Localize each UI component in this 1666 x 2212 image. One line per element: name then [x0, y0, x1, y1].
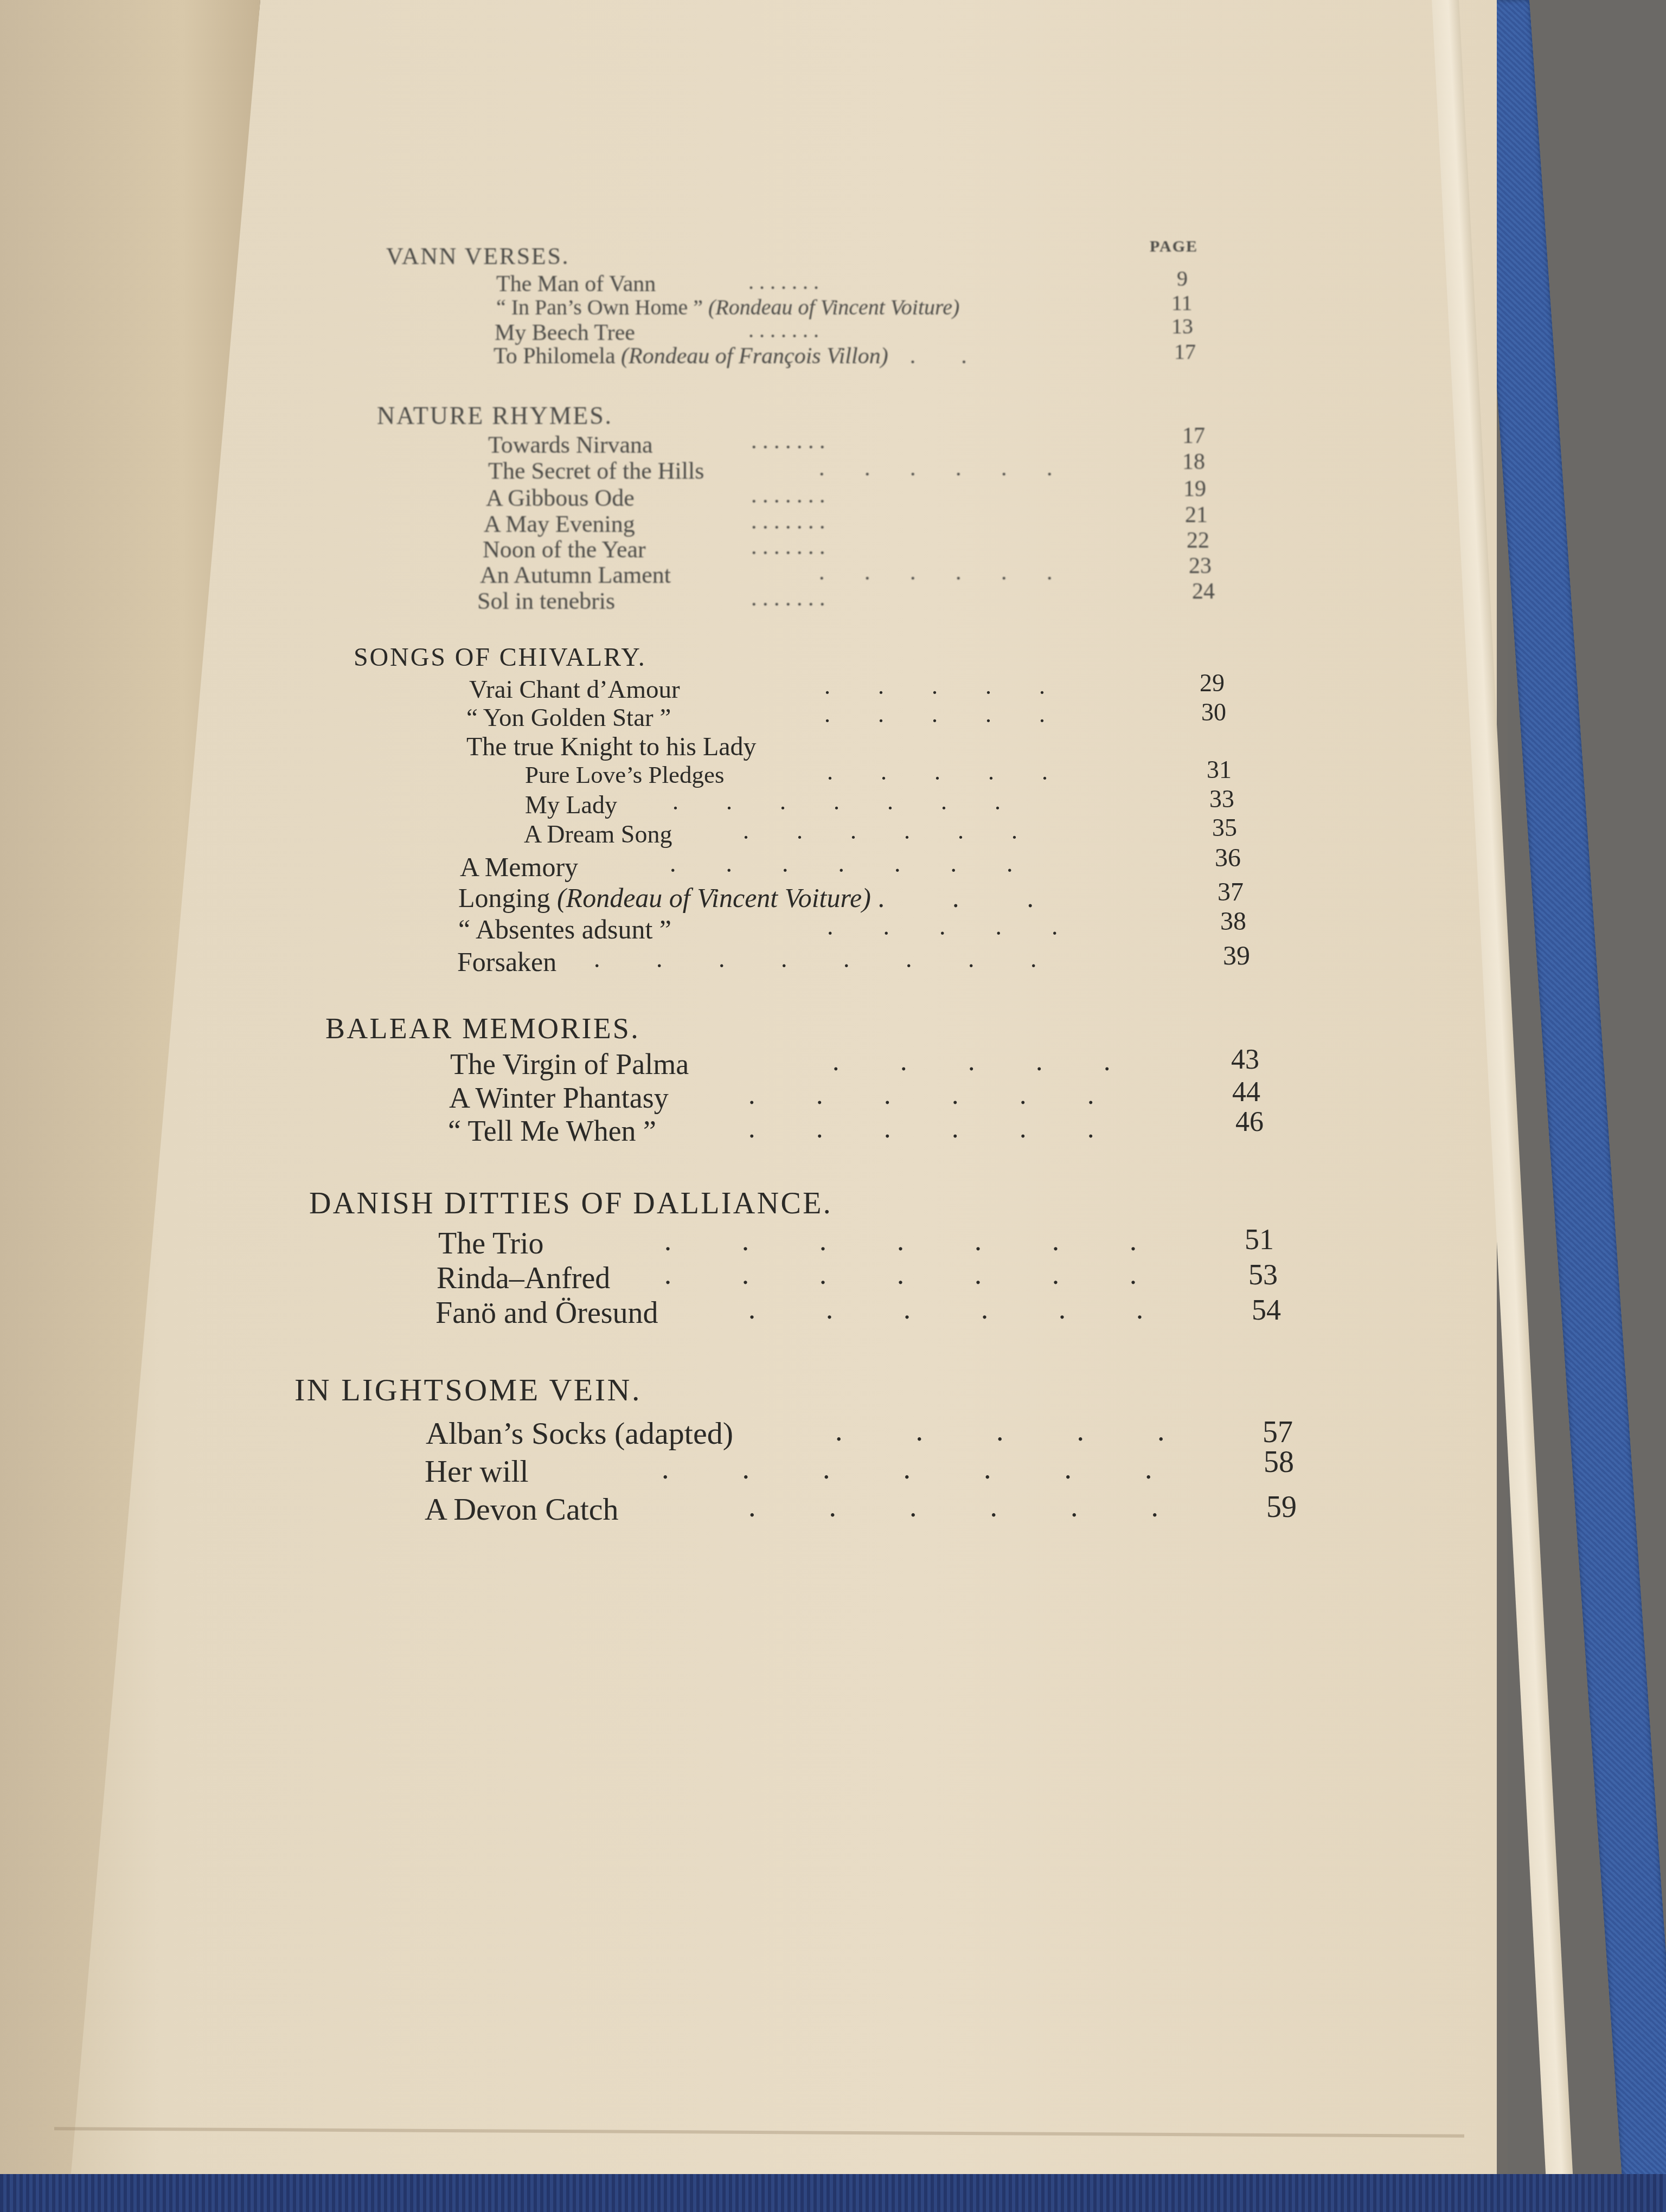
- table-of-contents: PAGE VANN VERSES. The Man of Vann . . . …: [0, 0, 1666, 2212]
- page-number: 17: [1182, 423, 1205, 449]
- dot-leader: . . . . . .: [748, 1490, 1158, 1523]
- page-number: 17: [1174, 339, 1196, 364]
- page-number: 59: [1266, 1490, 1297, 1525]
- page-number: 35: [1212, 813, 1237, 842]
- toc-entry-title: Vrai Chant d’Amour: [469, 675, 680, 704]
- dot-leader: . . . . . . .: [751, 483, 825, 509]
- section-title: IN LIGHTSOME VEIN.: [294, 1372, 642, 1408]
- toc-entry-title: A May Evening: [484, 510, 635, 538]
- dot-leader: . . . . . .: [819, 560, 1053, 586]
- toc-entry-title: A Gibbous Ode: [486, 484, 635, 512]
- section-title: BALEAR MEMORIES.: [325, 1012, 640, 1045]
- page-column-label: PAGE: [1150, 237, 1198, 256]
- page-number: 24: [1192, 578, 1215, 605]
- page-number: 21: [1185, 502, 1208, 528]
- dot-leader: . . . . . . .: [672, 788, 1001, 815]
- page-number: 13: [1171, 313, 1193, 339]
- toc-entry: To Philomela (Rondeau of François Villon…: [494, 343, 967, 369]
- toc-entry-title: To Philomela: [494, 344, 616, 369]
- page-number: 36: [1215, 843, 1241, 873]
- dot-leader: . . . . .: [824, 672, 1045, 700]
- toc-entry-title: “ Yon Golden Star ”: [466, 703, 671, 732]
- toc-entry-note: (Rondeau of Vincent Voiture): [557, 883, 871, 913]
- toc-entry-title: An Autumn Lament: [480, 561, 671, 589]
- page-number: 54: [1252, 1293, 1281, 1327]
- toc-entry-title: Alban’s Socks (adapted): [426, 1415, 733, 1451]
- toc-entry-note: (Rondeau of Vincent Voiture): [708, 295, 959, 319]
- page-number: 31: [1207, 755, 1232, 784]
- toc-entry-title: A Winter Phantasy: [449, 1081, 669, 1115]
- toc-entry-title: Longing: [458, 883, 550, 913]
- dot-leader: . . . . . .: [819, 455, 1053, 481]
- toc-entry-title: My Beech Tree: [495, 320, 635, 346]
- toc-entry-title: The Trio: [438, 1226, 544, 1261]
- toc-entry-title: Fanö and Öresund: [435, 1296, 658, 1330]
- page-number: 22: [1187, 528, 1209, 554]
- dot-leader: . . . . . . .: [664, 1259, 1137, 1291]
- toc-entry: Longing (Rondeau of Vincent Voiture) . .…: [458, 882, 1034, 914]
- dot-leader: . . . . . . .: [751, 428, 825, 454]
- toc-entry-title: Forsaken: [457, 946, 556, 978]
- section-title: VANN VERSES.: [386, 242, 569, 270]
- dot-leader: . . . . . . .: [748, 269, 819, 294]
- toc-entry-title: “ Tell Me When ”: [448, 1114, 656, 1148]
- toc-entry-title: “ In Pan’s Own Home ”: [496, 295, 703, 319]
- toc-entry: “ In Pan’s Own Home ” (Rondeau of Vincen…: [496, 294, 959, 320]
- page-number: 18: [1182, 449, 1205, 475]
- page-number: 46: [1235, 1106, 1264, 1138]
- toc-entry-title: The Man of Vann: [496, 271, 656, 297]
- toc-entry-title: Rinda–Anfred: [437, 1261, 610, 1296]
- page-number: 43: [1231, 1044, 1259, 1076]
- page-number: 19: [1183, 476, 1206, 502]
- toc-entry-title: A Memory: [460, 851, 578, 883]
- page-number: 29: [1200, 668, 1225, 697]
- toc-entry-title: Sol in tenebris: [477, 587, 615, 615]
- dot-leader: . . . . . .: [748, 1113, 1094, 1144]
- toc-entry-title: Her will: [425, 1453, 529, 1489]
- dot-leader: . . . . . . .: [662, 1452, 1152, 1486]
- dot-leader: . . . . .: [824, 700, 1045, 728]
- toc-entry-title: Noon of the Year: [483, 536, 646, 563]
- toc-entry-title: Pure Love’s Pledges: [525, 761, 724, 789]
- section-title: NATURE RHYMES.: [377, 401, 613, 430]
- toc-entry-title: The Secret of the Hills: [488, 457, 704, 485]
- dot-leader: . . . . . . .: [748, 317, 819, 343]
- page-number: 37: [1218, 877, 1244, 907]
- dot-leader: . . . . .: [832, 1045, 1111, 1077]
- dot-leader: . . . . . . .: [670, 849, 1013, 878]
- toc-entry-title: The Virgin of Palma: [450, 1047, 689, 1081]
- page-number: 51: [1245, 1223, 1274, 1256]
- toc-entry-title: My Lady: [525, 790, 617, 819]
- dot-leader: . . . . . .: [748, 1294, 1143, 1326]
- page-number: 38: [1220, 906, 1246, 936]
- dot-leader: . . . . . . . .: [594, 944, 1037, 973]
- page-number: 9: [1177, 266, 1188, 291]
- toc-entry-title: The true Knight to his Lady: [466, 732, 757, 762]
- toc-entry-note: (Rondeau of François Villon): [621, 344, 888, 369]
- dot-leader: . . . . . .: [748, 1079, 1094, 1110]
- page-number: 44: [1232, 1076, 1260, 1108]
- dot-leader: . . . . . . .: [751, 509, 825, 535]
- toc-entry-title: A Devon Catch: [425, 1491, 619, 1527]
- page-number: 11: [1171, 290, 1193, 316]
- dot-leader: . . . . . .: [743, 817, 1017, 845]
- dot-leader: . . . . .: [827, 758, 1048, 786]
- page-number: 33: [1209, 785, 1234, 813]
- page-number: 58: [1264, 1445, 1294, 1480]
- toc-entry-title: A Dream Song: [524, 820, 672, 848]
- dot-leader: . . . . .: [835, 1414, 1165, 1448]
- page-number: 39: [1223, 940, 1250, 971]
- section-title: DANISH DITTIES OF DALLIANCE.: [309, 1186, 832, 1221]
- dot-leader: . . . . . . .: [664, 1225, 1137, 1257]
- page-number: 23: [1189, 553, 1212, 579]
- page-number: 30: [1201, 698, 1226, 726]
- toc-entry-title: “ Absentes adsunt ”: [458, 914, 671, 945]
- dot-leader: . . . . . . .: [751, 586, 825, 612]
- page-number: 53: [1248, 1258, 1278, 1291]
- dot-leader: . . . . .: [827, 912, 1058, 941]
- dot-leader: . . . . . . .: [751, 534, 825, 560]
- toc-entry-title: Towards Nirvana: [488, 431, 653, 459]
- section-title: SONGS OF CHIVALRY.: [354, 642, 646, 672]
